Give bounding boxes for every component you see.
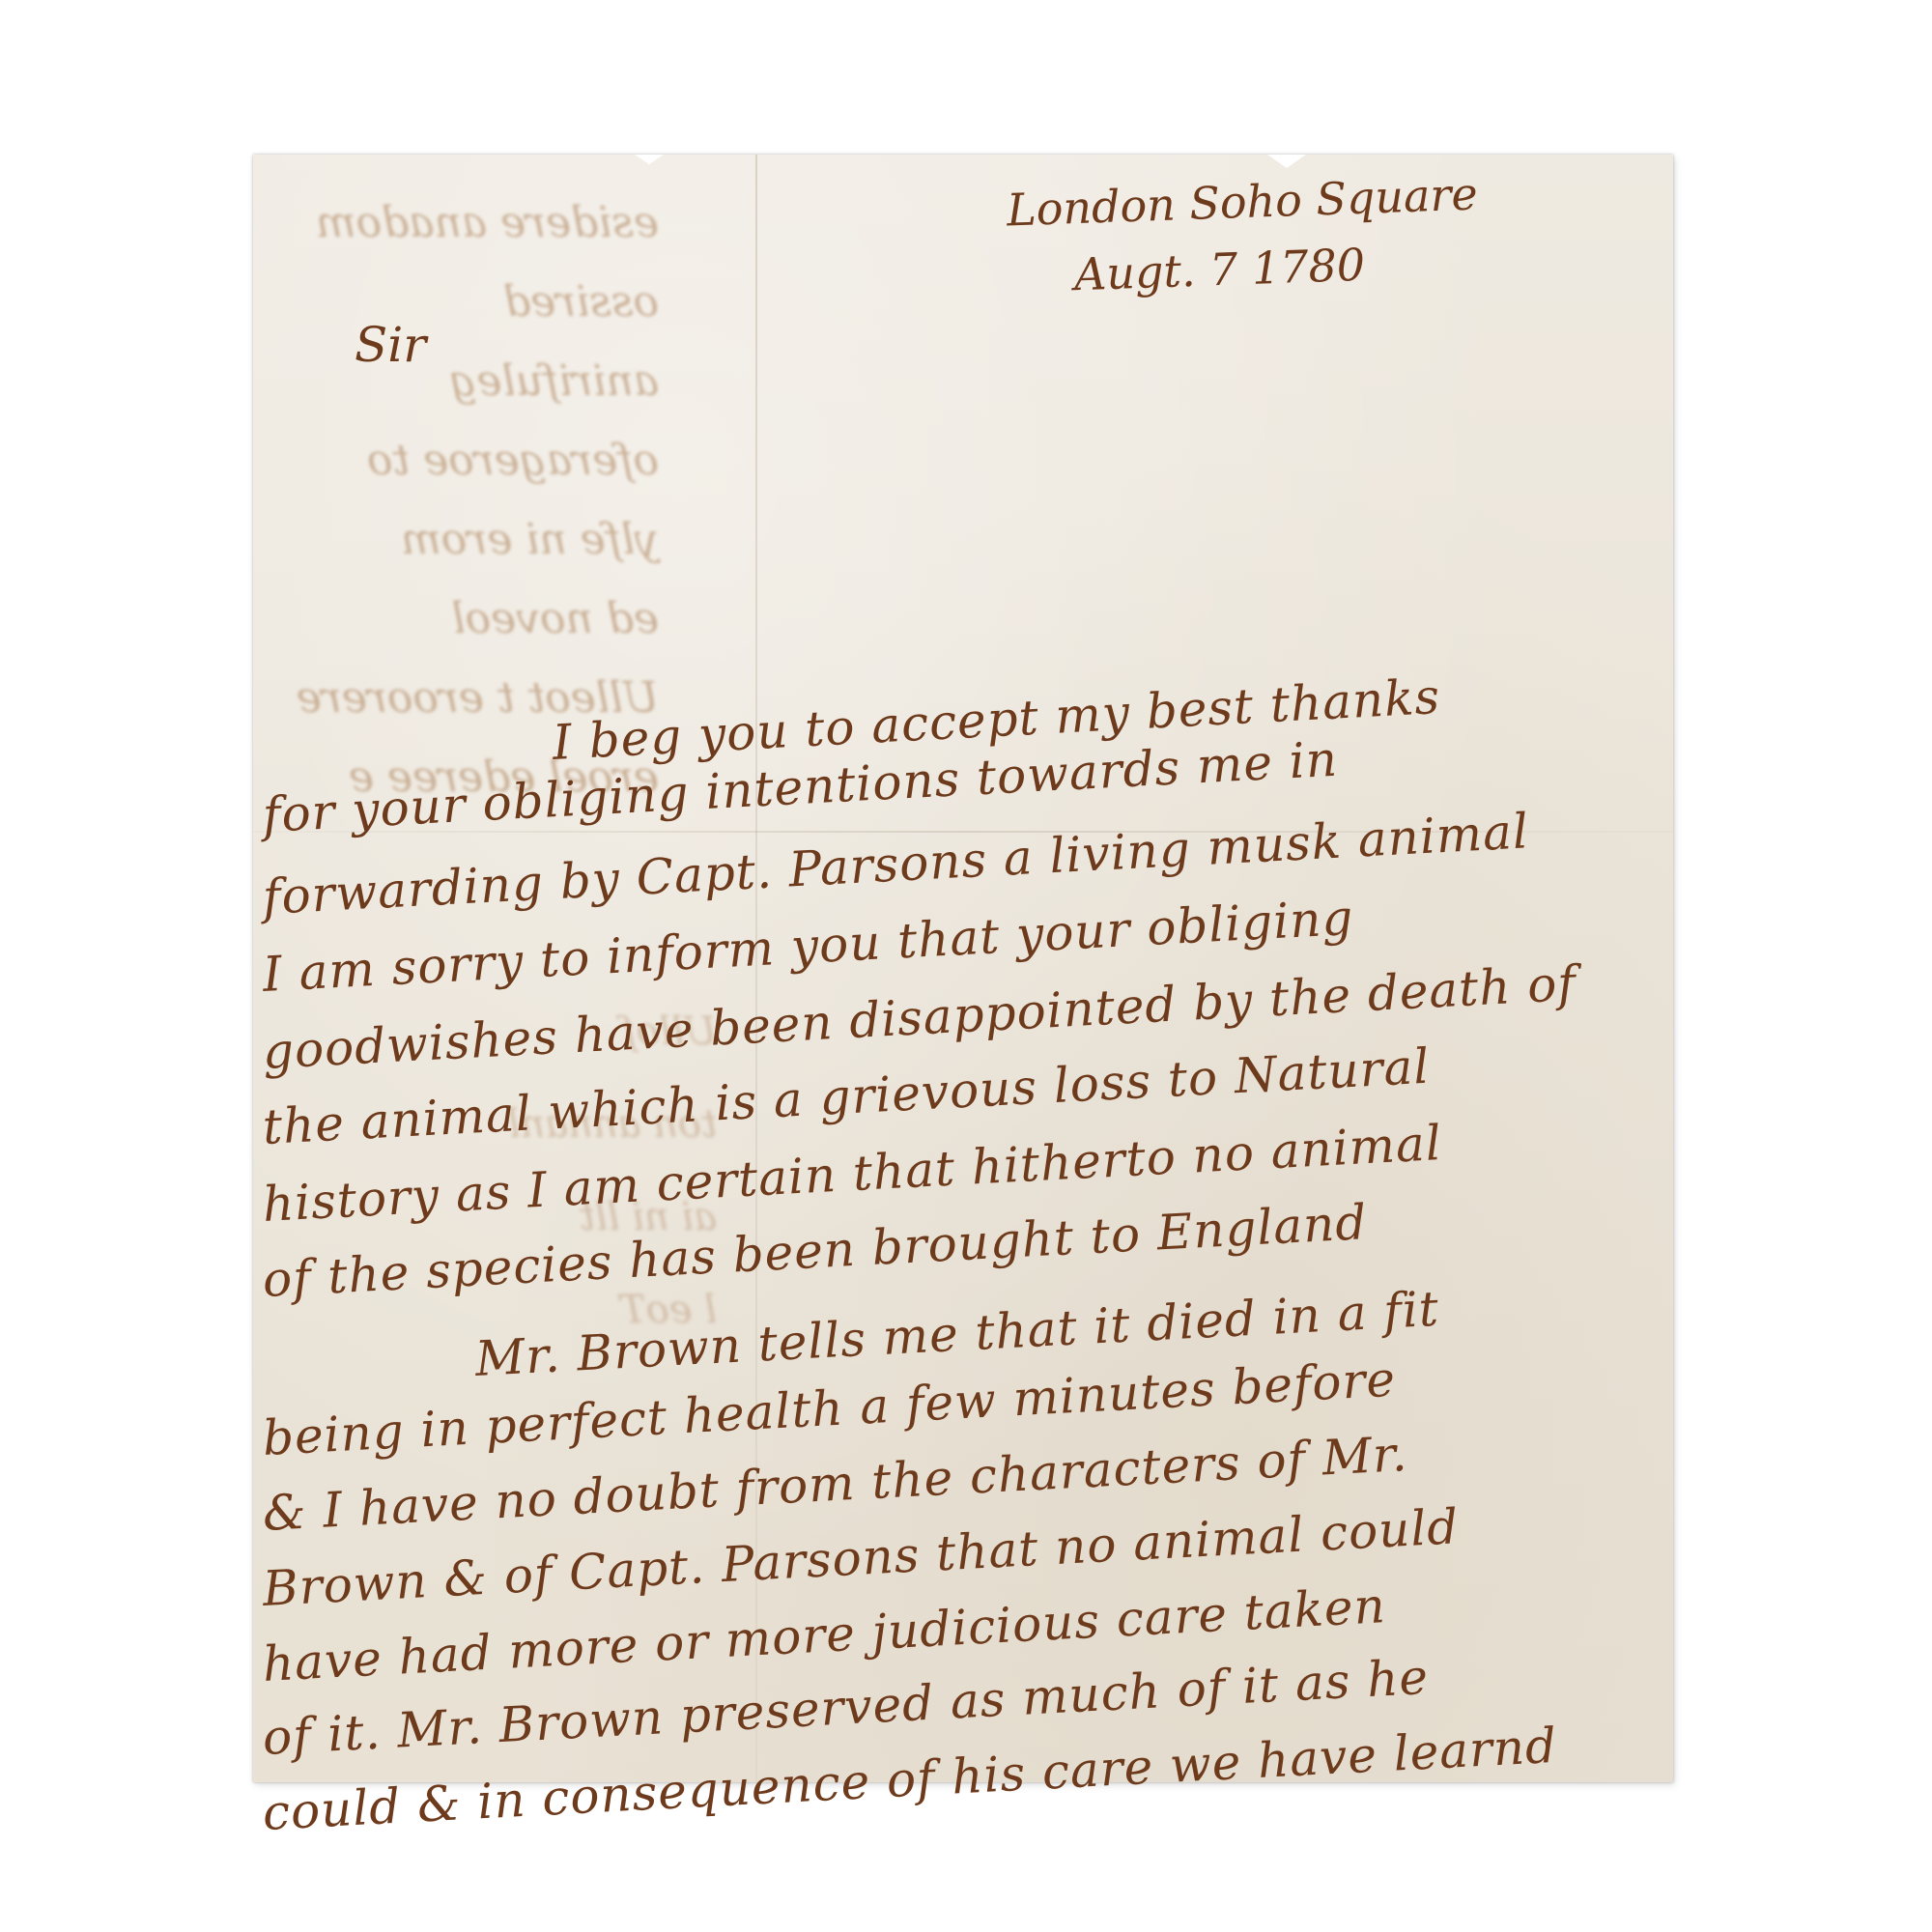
letter-sheet: esidere anadom ossired anirifuleg oferag…	[253, 155, 1673, 1782]
photo-background: esidere anadom ossired anirifuleg oferag…	[0, 0, 1932, 1932]
letter-body: I beg you to accept my best thanks for y…	[253, 155, 1673, 1782]
